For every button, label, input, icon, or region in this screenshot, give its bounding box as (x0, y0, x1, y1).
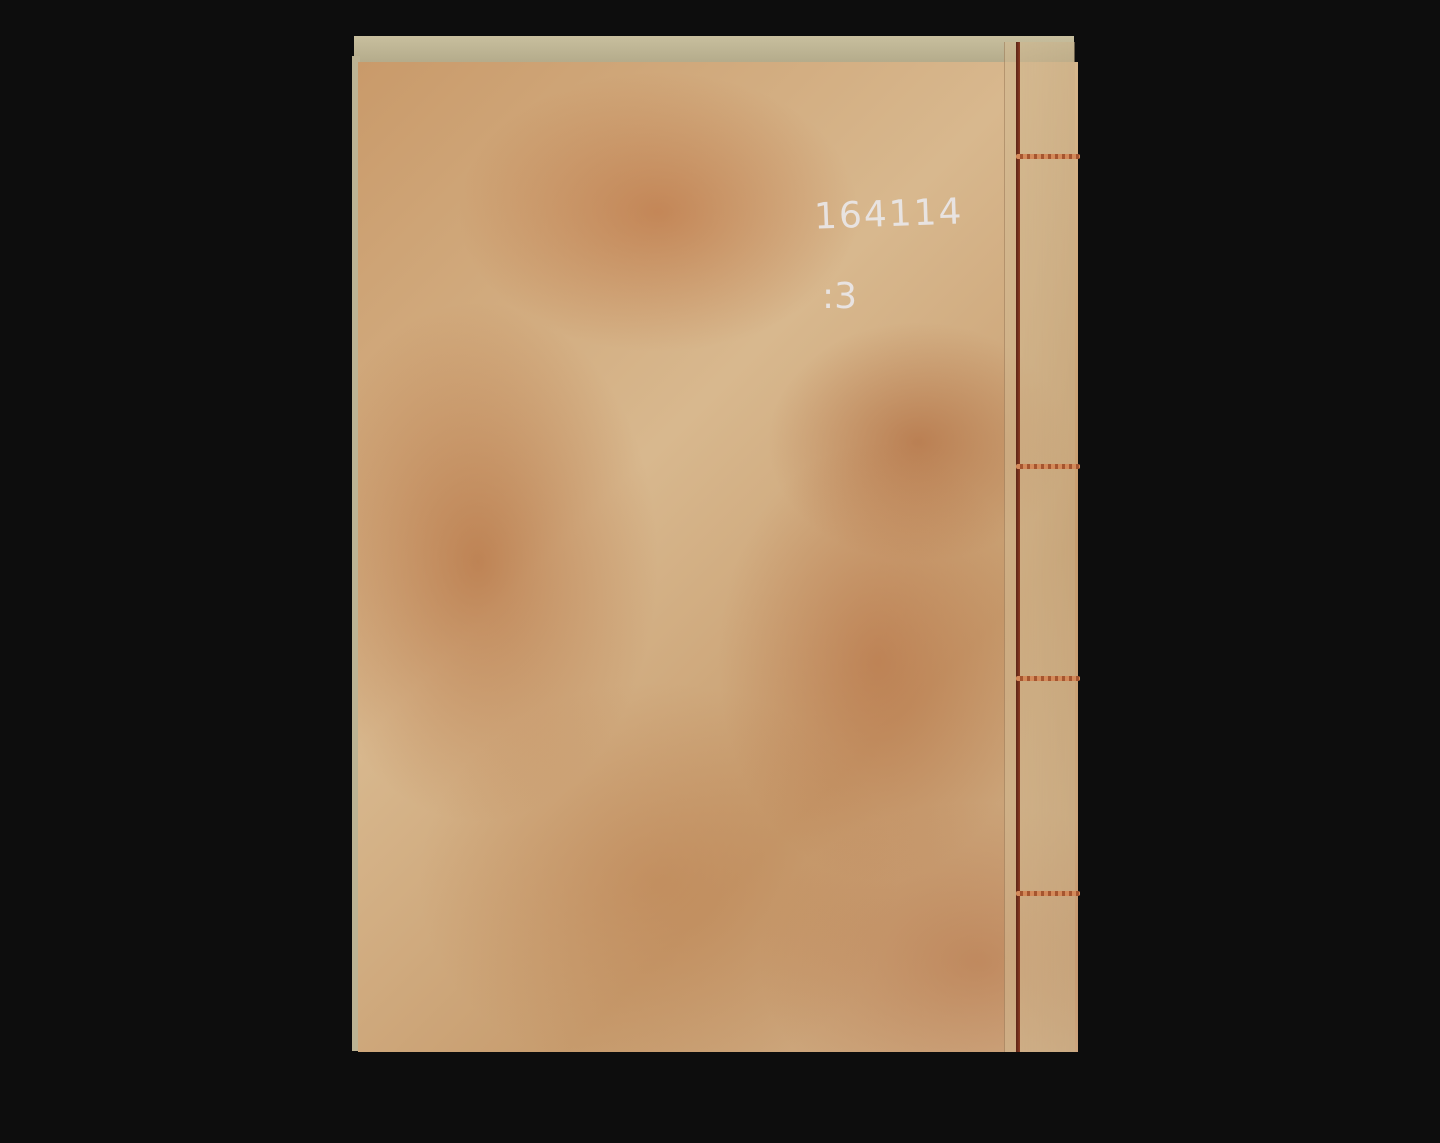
stitch (1016, 676, 1080, 681)
stitch (1016, 891, 1080, 896)
stitch (1016, 154, 1080, 159)
catalog-number: 164114 (813, 191, 964, 237)
book-cover (358, 62, 1078, 1052)
spine-strip (1004, 42, 1075, 1052)
book: 164114 :3 (352, 36, 1082, 1056)
volume-number: :3 (822, 276, 857, 317)
stitch (1016, 464, 1080, 469)
binding-thread (1016, 42, 1020, 1052)
page-edge-top (354, 36, 1074, 65)
